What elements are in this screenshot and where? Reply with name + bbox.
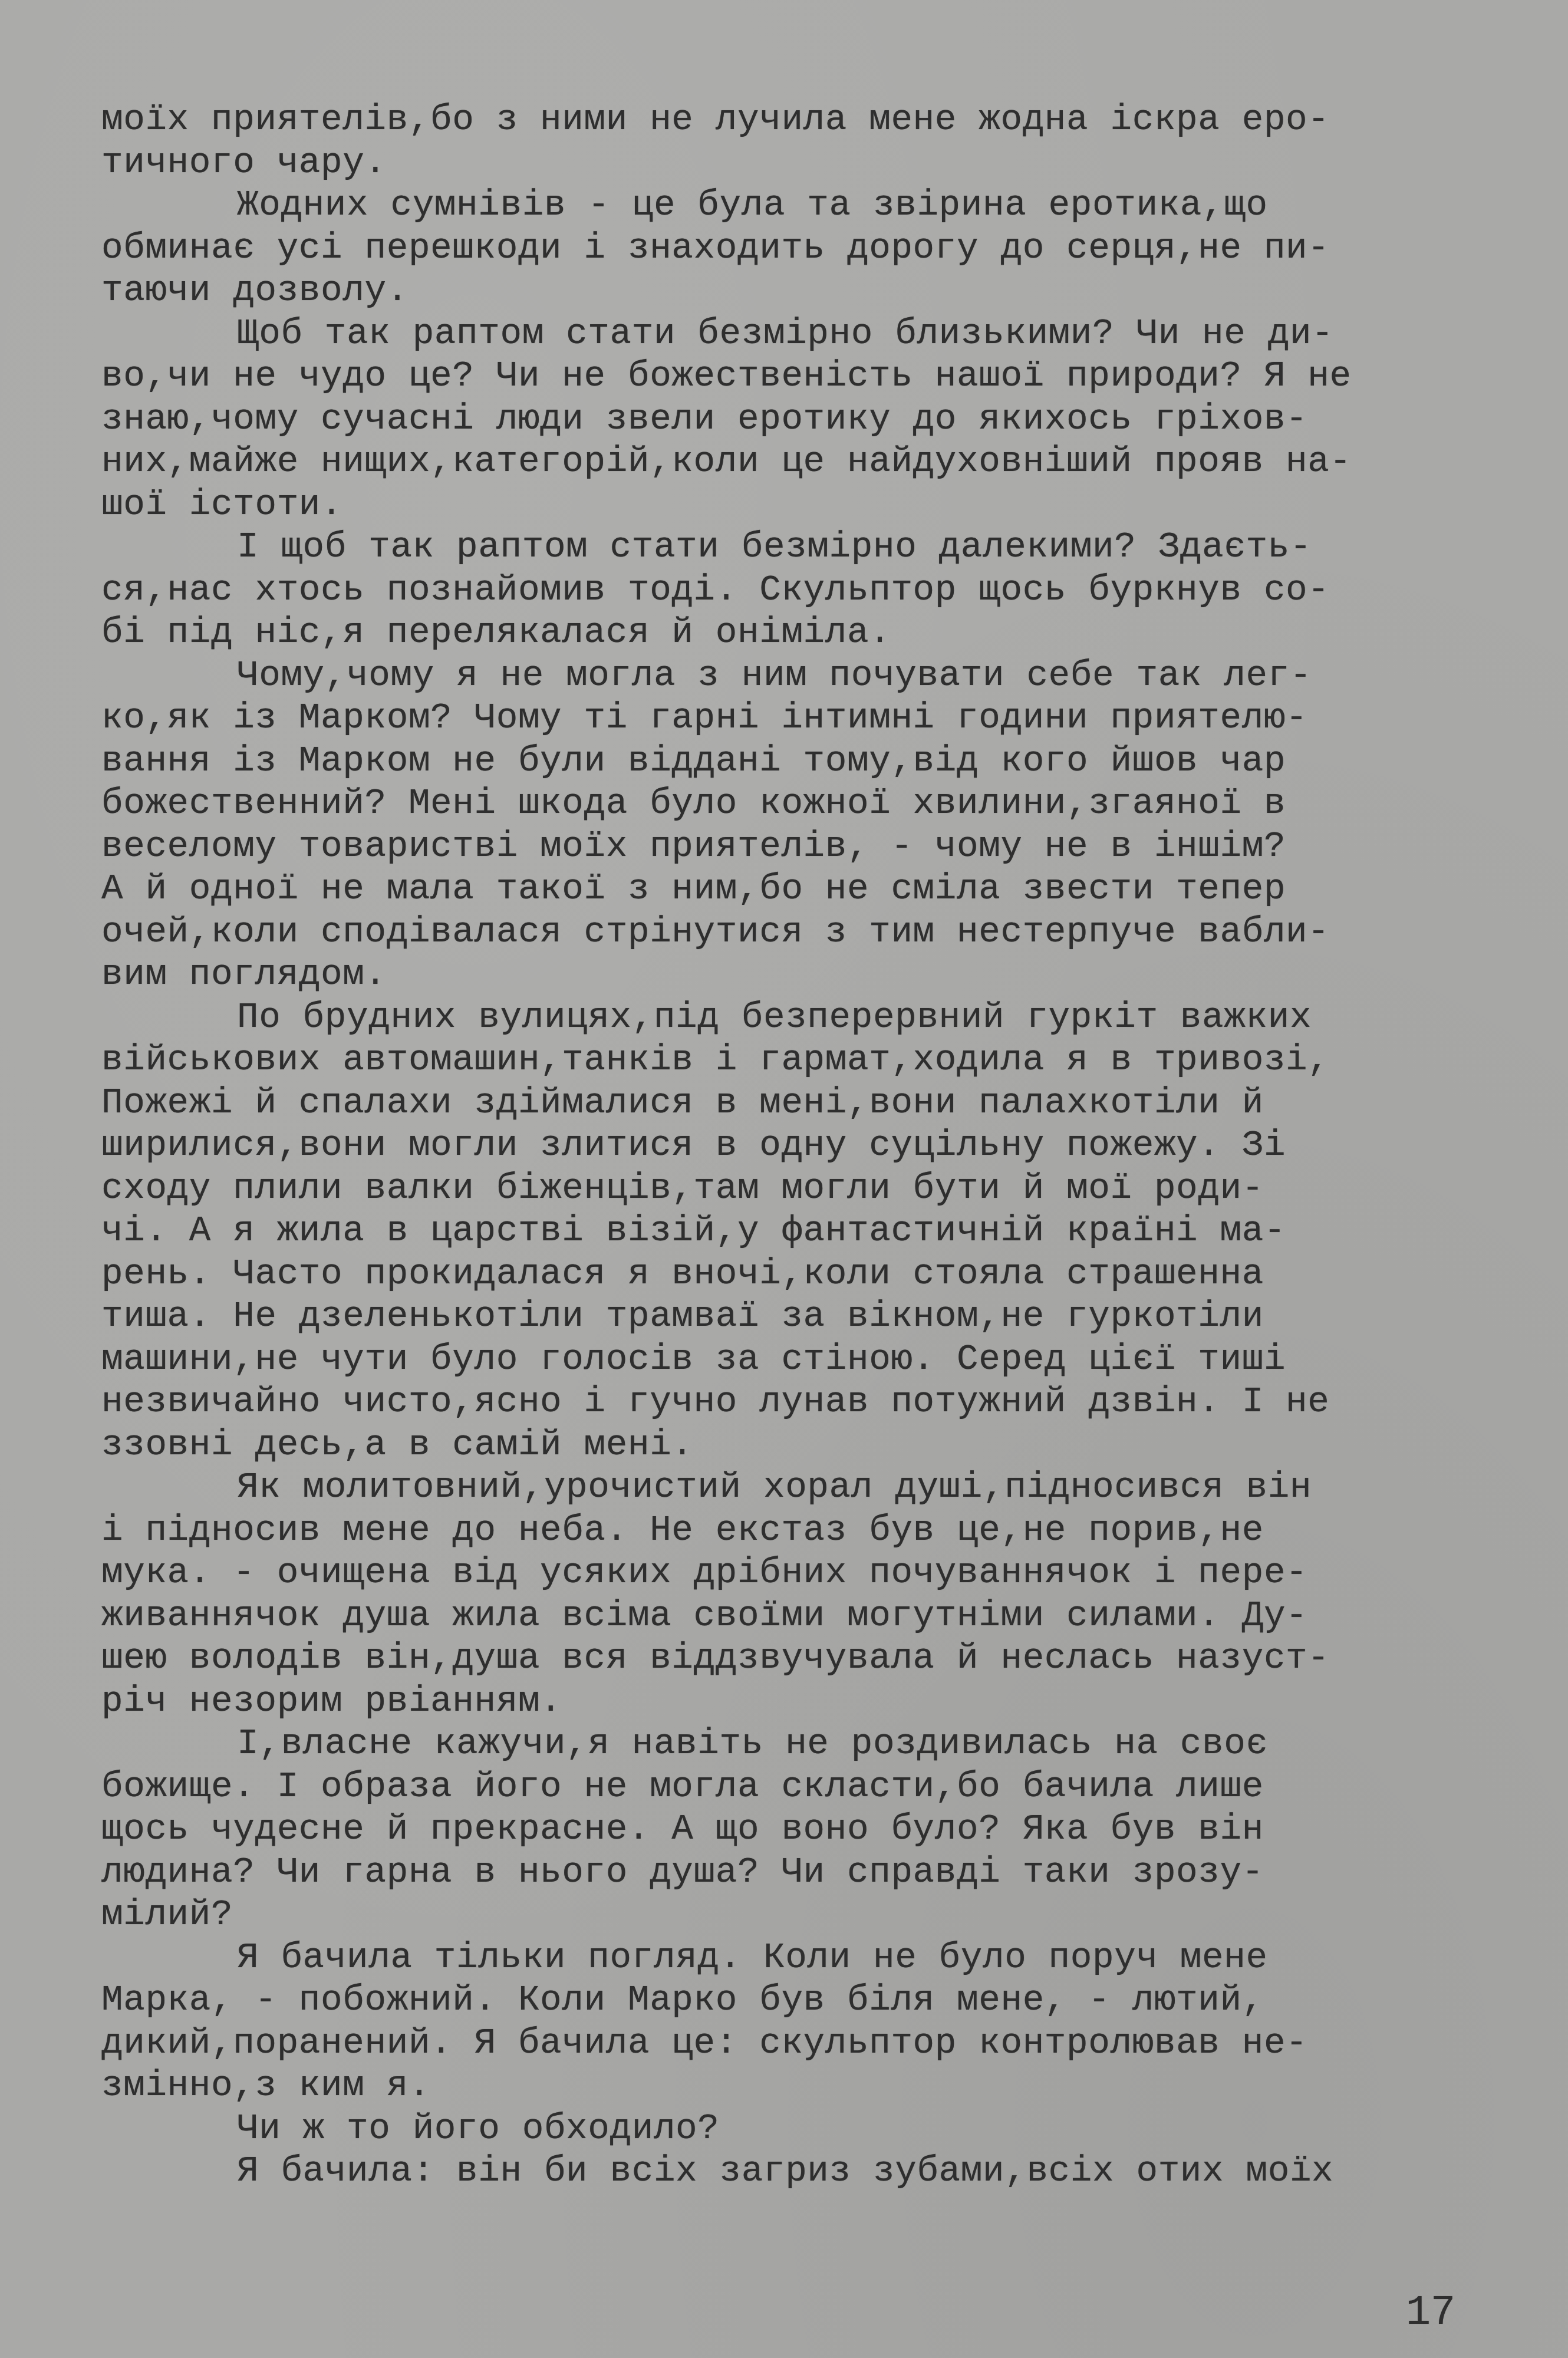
text-line: Щоб так раптом стати безмірно близькими?…	[101, 313, 1540, 356]
text-line: мука. - очищена від усяких дрібних почув…	[101, 1552, 1540, 1595]
text-line: моїх приятелів,бо з ними не лучила мене …	[101, 99, 1540, 142]
text-line: ззовні десь,а в самій мені.	[101, 1424, 1540, 1467]
text-line: бі під ніс,я перелякалася й оніміла.	[101, 612, 1540, 655]
text-line: дикий,поранений. Я бачила це: скульптор …	[101, 2023, 1540, 2066]
text-line: Я бачила тільки погляд. Коли не було пор…	[101, 1937, 1540, 1980]
text-line: людина? Чи гарна в нього душа? Чи справд…	[101, 1852, 1540, 1895]
text-line: божище. І образа його не могла скласти,б…	[101, 1766, 1540, 1809]
text-line: Чи ж то його обходило?	[101, 2108, 1540, 2151]
text-line: веселому товаристві моїх приятелів, - чо…	[101, 826, 1540, 869]
text-line: живаннячок душа жила всіма своїми могутн…	[101, 1595, 1540, 1638]
text-line: ко,як із Марком? Чому ті гарні інтимні г…	[101, 697, 1540, 740]
text-line: очей,коли сподівалася стрінутися з тим н…	[101, 911, 1540, 954]
text-line: вим поглядом.	[101, 954, 1540, 997]
text-line: щось чудесне й прекрасне. А що воно було…	[101, 1809, 1540, 1852]
text-line: рень. Часто прокидалася я вночі,коли сто…	[101, 1253, 1540, 1296]
text-line: Як молитовний,урочистий хорал душі,підно…	[101, 1467, 1540, 1510]
text-line: божественний? Мені шкода було кожної хви…	[101, 783, 1540, 826]
text-line: Пожежі й спалахи здіймалися в мені,вони …	[101, 1082, 1540, 1125]
page-number: 17	[1406, 2290, 1455, 2337]
text-line: ся,нас хтось познайомив тоді. Скульптор …	[101, 569, 1540, 612]
text-line: машини,не чути було голосів за стіною. С…	[101, 1339, 1540, 1382]
text-line: шею володів він,душа вся віддзвучувала й…	[101, 1638, 1540, 1681]
text-line: обминає усі перешкоди і знаходить дорогу…	[101, 228, 1540, 271]
text-line: А й одної не мала такої з ним,бо не сміл…	[101, 868, 1540, 911]
typewritten-page: моїх приятелів,бо з ними не лучила мене …	[0, 0, 1568, 2358]
text-line: них,майже нищих,категорій,коли це найдух…	[101, 441, 1540, 484]
text-line: мілий?	[101, 1894, 1540, 1937]
text-line: знаю,чому сучасні люди звели еротику до …	[101, 399, 1540, 442]
text-line: Марка, - побожний. Коли Марко був біля м…	[101, 1980, 1540, 2023]
text-line: військових автомашин,танків і гармат,ход…	[101, 1039, 1540, 1082]
text-line: ширилися,вони могли злитися в одну суціл…	[101, 1125, 1540, 1168]
text-line: Жодних сумнівів - це була та звірина еро…	[101, 185, 1540, 228]
typewritten-text-body: моїх приятелів,бо з ними не лучила мене …	[101, 99, 1540, 2194]
text-line: таючи дозволу.	[101, 270, 1540, 313]
text-line: незвичайно чисто,ясно і гучно лунав поту…	[101, 1381, 1540, 1424]
text-line: вання із Марком не були віддані тому,від…	[101, 740, 1540, 783]
text-line: сходу плили валки біженців,там могли бут…	[101, 1168, 1540, 1211]
text-line: змінно,з ким я.	[101, 2065, 1540, 2108]
text-line: і підносив мене до неба. Не екстаз був ц…	[101, 1510, 1540, 1553]
text-line: річ незорим рвіанням.	[101, 1681, 1540, 1724]
text-line: чі. А я жила в царстві візій,у фантастич…	[101, 1210, 1540, 1253]
text-line: тичного чару.	[101, 142, 1540, 185]
text-line: во,чи не чудо це? Чи не божественість на…	[101, 355, 1540, 399]
text-line: І,власне кажучи,я навіть не роздивилась …	[101, 1723, 1540, 1766]
text-line: тиша. Не дзеленькотіли трамваї за вікном…	[101, 1296, 1540, 1339]
text-line: шої істоти.	[101, 484, 1540, 527]
text-line: Я бачила: він би всіх загриз зубами,всіх…	[101, 2150, 1540, 2194]
text-line: Чому,чому я не могла з ним почувати себе…	[101, 655, 1540, 698]
text-line: І щоб так раптом стати безмірно далекими…	[101, 526, 1540, 569]
text-line: По брудних вулицях,під безперервний гурк…	[101, 997, 1540, 1040]
